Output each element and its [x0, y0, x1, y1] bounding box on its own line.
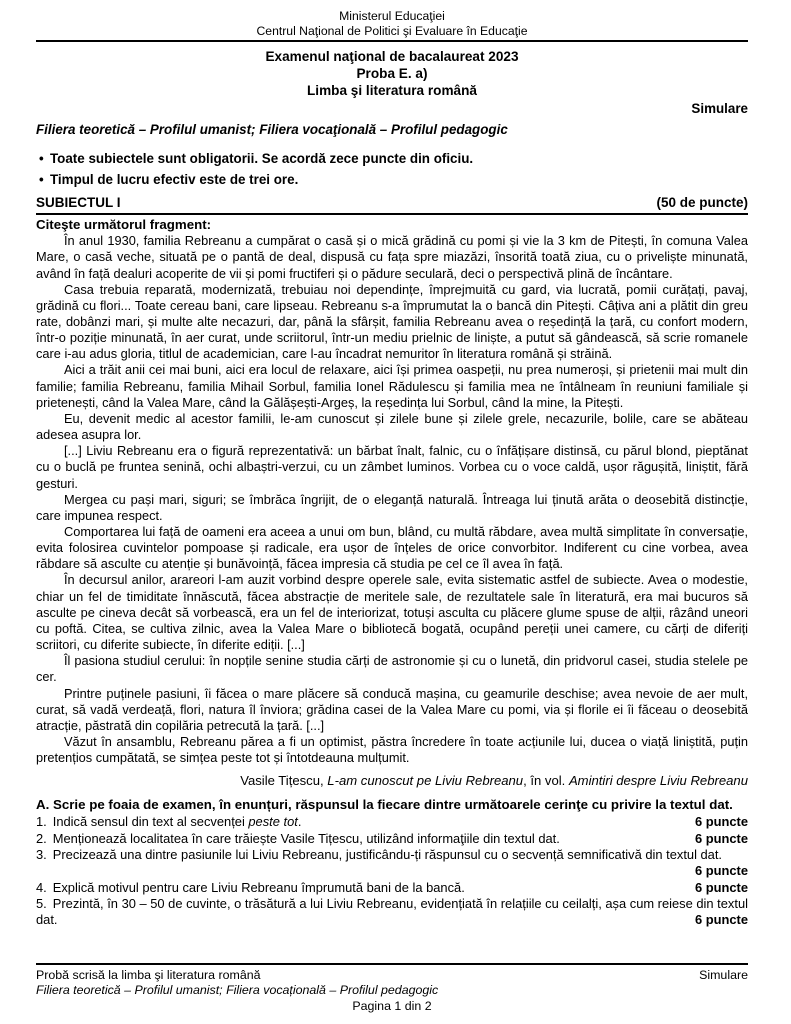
fragment-paragraph: Comportarea lui față de oameni era aceea… [36, 524, 748, 572]
question-text: Precizează una dintre pasiunile lui Livi… [53, 847, 722, 862]
question-points: 6 puncte [695, 814, 748, 830]
question-number: 2. [36, 831, 47, 846]
fragment-paragraph: Eu, devenit medic al acestor familii, le… [36, 411, 748, 443]
question-points: 6 puncte [695, 880, 748, 896]
attribution-work-title: L-am cunoscut pe Liviu Rebreanu [327, 773, 523, 788]
fragment-paragraph: Văzut în ansamblu, Rebreanu părea a fi u… [36, 734, 748, 766]
question-text: Indică sensul din text al secvenței [53, 814, 249, 829]
center-line: Centrul Naţional de Politici şi Evaluare… [36, 24, 748, 39]
section-a-heading: A. Scrie pe foaia de examen, în enunțuri… [36, 796, 748, 813]
question-text: Prezintă, în 30 – 50 de cuvinte, o trăsă… [36, 896, 748, 927]
footer-filiera: Filiera teoretică – Profilul umanist; Fi… [36, 983, 748, 998]
instruction-text: Timpul de lucru efectiv este de trei ore… [50, 170, 298, 191]
exam-subject-name: Limba şi literatura română [36, 82, 748, 99]
header-divider [36, 40, 748, 42]
question-text: Explică motivul pentru care Liviu Rebrea… [53, 880, 465, 895]
question-number: 5. [36, 896, 47, 911]
subject-heading: SUBIECTUL I [36, 195, 121, 211]
question-points: 6 puncte [695, 863, 748, 879]
question-text-italic: peste tot [248, 814, 297, 829]
instruction-text: Toate subiectele sunt obligatorii. Se ac… [50, 149, 473, 170]
question-number: 1. [36, 814, 47, 829]
fragment-text: În anul 1930, familia Rebreanu a cumpăra… [36, 233, 748, 766]
attribution-middle: , în vol. [523, 773, 569, 788]
question-item: 5.Prezintă, în 30 – 50 de cuvinte, o tră… [36, 896, 748, 929]
simulare-label: Simulare [36, 101, 748, 116]
fragment-paragraph: Aici a trăit anii cei mai buni, aici era… [36, 362, 748, 410]
document-header: Ministerul Educaţiei Centrul Naţional de… [36, 9, 748, 38]
question-text: Menționează localitatea în care trăiește… [53, 831, 560, 846]
footer: Probă scrisă la limba şi literatura româ… [36, 963, 748, 1014]
footer-row: Probă scrisă la limba şi literatura româ… [36, 968, 748, 983]
fragment-paragraph: Printre puținele pasiuni, îi făcea o mar… [36, 686, 748, 734]
fragment-paragraph: [...] Liviu Rebreanu era o figură reprez… [36, 443, 748, 491]
instruction-item: • Timpul de lucru efectiv este de trei o… [36, 170, 748, 191]
fragment-paragraph: În decursul anilor, arareori l-am auzit … [36, 572, 748, 653]
question-item: 1.Indică sensul din text al secvenței pe… [36, 814, 748, 830]
footer-page-number: Pagina 1 din 2 [36, 999, 748, 1014]
exam-title: Examenul naţional de bacalaureat 2023 [36, 48, 748, 65]
fragment-intro: Citeşte următorul fragment: [36, 216, 748, 233]
ministry-line: Ministerul Educaţiei [36, 9, 748, 24]
question-item: 4.Explică motivul pentru care Liviu Rebr… [36, 880, 748, 896]
attribution-volume-title: Amintiri despre Liviu Rebreanu [569, 773, 748, 788]
fragment-paragraph: Mergea cu pași mari, siguri; se îmbrăca … [36, 492, 748, 524]
instruction-item: • Toate subiectele sunt obligatorii. Se … [36, 149, 748, 170]
footer-body: Probă scrisă la limba şi literatura româ… [36, 965, 748, 1014]
filiera-line: Filiera teoretică – Profilul umanist; Fi… [36, 121, 748, 138]
fragment-paragraph: Îl pasiona studiul cerului: în nopțile s… [36, 653, 748, 685]
title-block: Examenul naţional de bacalaureat 2023 Pr… [36, 48, 748, 99]
bullet-icon: • [36, 170, 50, 191]
footer-exam-name: Probă scrisă la limba şi literatura româ… [36, 968, 261, 983]
instructions-list: • Toate subiectele sunt obligatorii. Se … [36, 149, 748, 190]
fragment-paragraph: Casa trebuia reparată, modernizată, treb… [36, 282, 748, 363]
subject-heading-row: SUBIECTUL I (50 de puncte) [36, 195, 748, 215]
question-item: 2.Menționează localitatea în care trăieș… [36, 831, 748, 847]
question-text-end: . [298, 814, 302, 829]
footer-simulare: Simulare [699, 968, 748, 983]
question-item: 3.Precizează una dintre pasiunile lui Li… [36, 847, 748, 880]
question-points: 6 puncte [695, 831, 748, 847]
exam-probe: Proba E. a) [36, 65, 748, 82]
questions-list: 1.Indică sensul din text al secvenței pe… [36, 814, 748, 928]
exam-page: Ministerul Educaţiei Centrul Naţional de… [0, 0, 791, 1024]
bullet-icon: • [36, 149, 50, 170]
question-points: 6 puncte [695, 912, 748, 928]
attribution-author: Vasile Tițescu, [240, 773, 327, 788]
fragment-paragraph: În anul 1930, familia Rebreanu a cumpăra… [36, 233, 748, 281]
question-number: 4. [36, 880, 47, 895]
question-number: 3. [36, 847, 47, 862]
attribution-line: Vasile Tițescu, L-am cunoscut pe Liviu R… [36, 773, 748, 789]
subject-points: (50 de puncte) [656, 195, 748, 211]
